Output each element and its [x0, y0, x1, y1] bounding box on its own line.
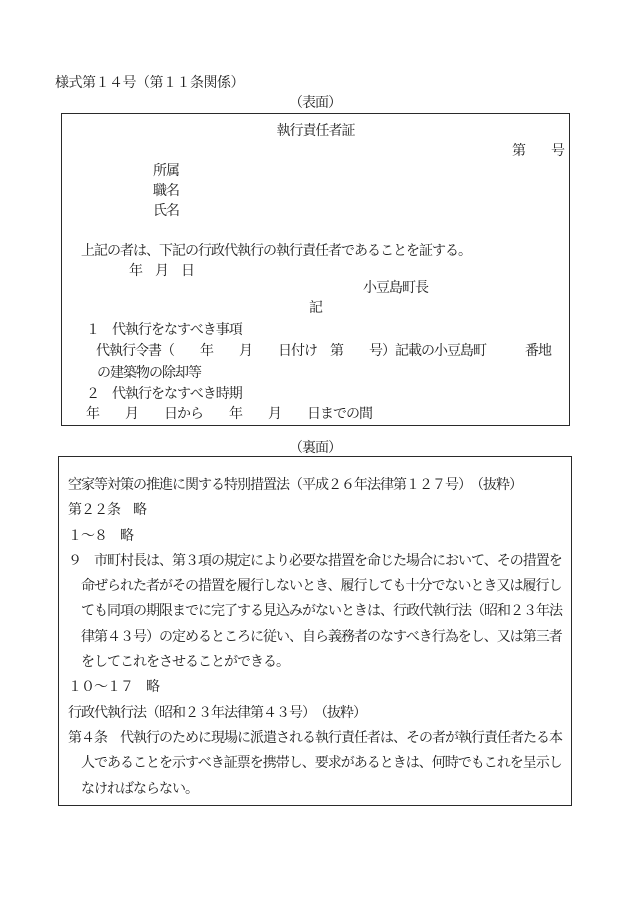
front-side-caption: （表面）: [0, 92, 630, 112]
article4-line3: なければならない。: [68, 777, 563, 802]
paragraph9-line3: ても同項の期限までに完了する見込みがないときは、行政代執行法（昭和２３年法: [68, 599, 563, 624]
execution-act-title-line: 行政代執行法（昭和２３年法律第４３号） （抜粋）: [68, 701, 563, 726]
article4-line2: 人であることを示すべき証票を携帯し、要求があるときは、何時でもこれを呈示し: [68, 751, 563, 776]
paragraphs1-8-line: １～８ 略: [68, 524, 563, 549]
article22-line: 第２２条 略: [68, 498, 563, 523]
item2-heading: ２ 代執行をなすべき時期: [86, 387, 242, 402]
ki-separator-label: 記: [62, 301, 569, 316]
certification-statement: 上記の者は、下記の行政代執行の執行責任者であることを証する。: [81, 244, 471, 259]
certificate-title: 執行責任者証: [62, 124, 569, 139]
paragraph9-line4: 律第４３号）の定めるところに従い、自ら義務者のなすべき行為をし、又は第三者: [68, 625, 563, 650]
issuer-name: 小豆島町長: [363, 281, 428, 296]
item2-detail-line: 年 月 日から 年 月 日までの間: [86, 407, 372, 422]
name-label: 氏名: [153, 204, 179, 219]
item1-detail-line1: 代執行令書（ 年 月 日付け 第 号）記載の小豆島町 番地: [96, 344, 551, 359]
back-side-caption: （裏面）: [0, 437, 630, 457]
affiliation-label: 所属: [153, 164, 179, 179]
position-label: 職名: [153, 184, 179, 199]
paragraphs10-17-line: １０～１７ 略: [68, 675, 563, 700]
certificate-number-line: 第 号: [512, 144, 564, 159]
date-line: 年 月 日: [129, 264, 194, 279]
document-page: 様式第１４号（第１１条関係） （表面） 執行責任者証 第 号 所属 職名 氏名 …: [0, 0, 630, 903]
law-title-line: 空家等対策の推進に関する特別措置法（平成２６年法律第１２７号） （抜粋）: [68, 473, 563, 498]
article4-line1: 第４条 代執行のために現場に派遣される執行責任者は、その者が執行責任者たる本: [68, 726, 563, 751]
item1-detail-line2: の建築物の除却等: [97, 366, 201, 381]
item1-heading: １ 代執行をなすべき事項: [86, 323, 242, 338]
law-excerpt-text: 空家等対策の推進に関する特別措置法（平成２６年法律第１２７号） （抜粋） 第２２…: [68, 473, 563, 802]
paragraph9-line2: 命ぜられた者がその措置を履行しないとき、履行しても十分でないとき又は履行し: [68, 574, 563, 599]
back-side-box: 空家等対策の推進に関する特別措置法（平成２６年法律第１２７号） （抜粋） 第２２…: [58, 456, 572, 806]
paragraph9-line1: ９ 市町村長は、第３項の規定により必要な措置を命じた場合において、その措置を: [68, 549, 563, 574]
form-number-heading: 様式第１４号（第１１条関係）: [55, 72, 244, 92]
front-side-box: 執行責任者証 第 号 所属 職名 氏名 上記の者は、下記の行政代執行の執行責任者…: [61, 113, 570, 426]
paragraph9-line5: をしてこれをさせることができる。: [68, 650, 563, 675]
